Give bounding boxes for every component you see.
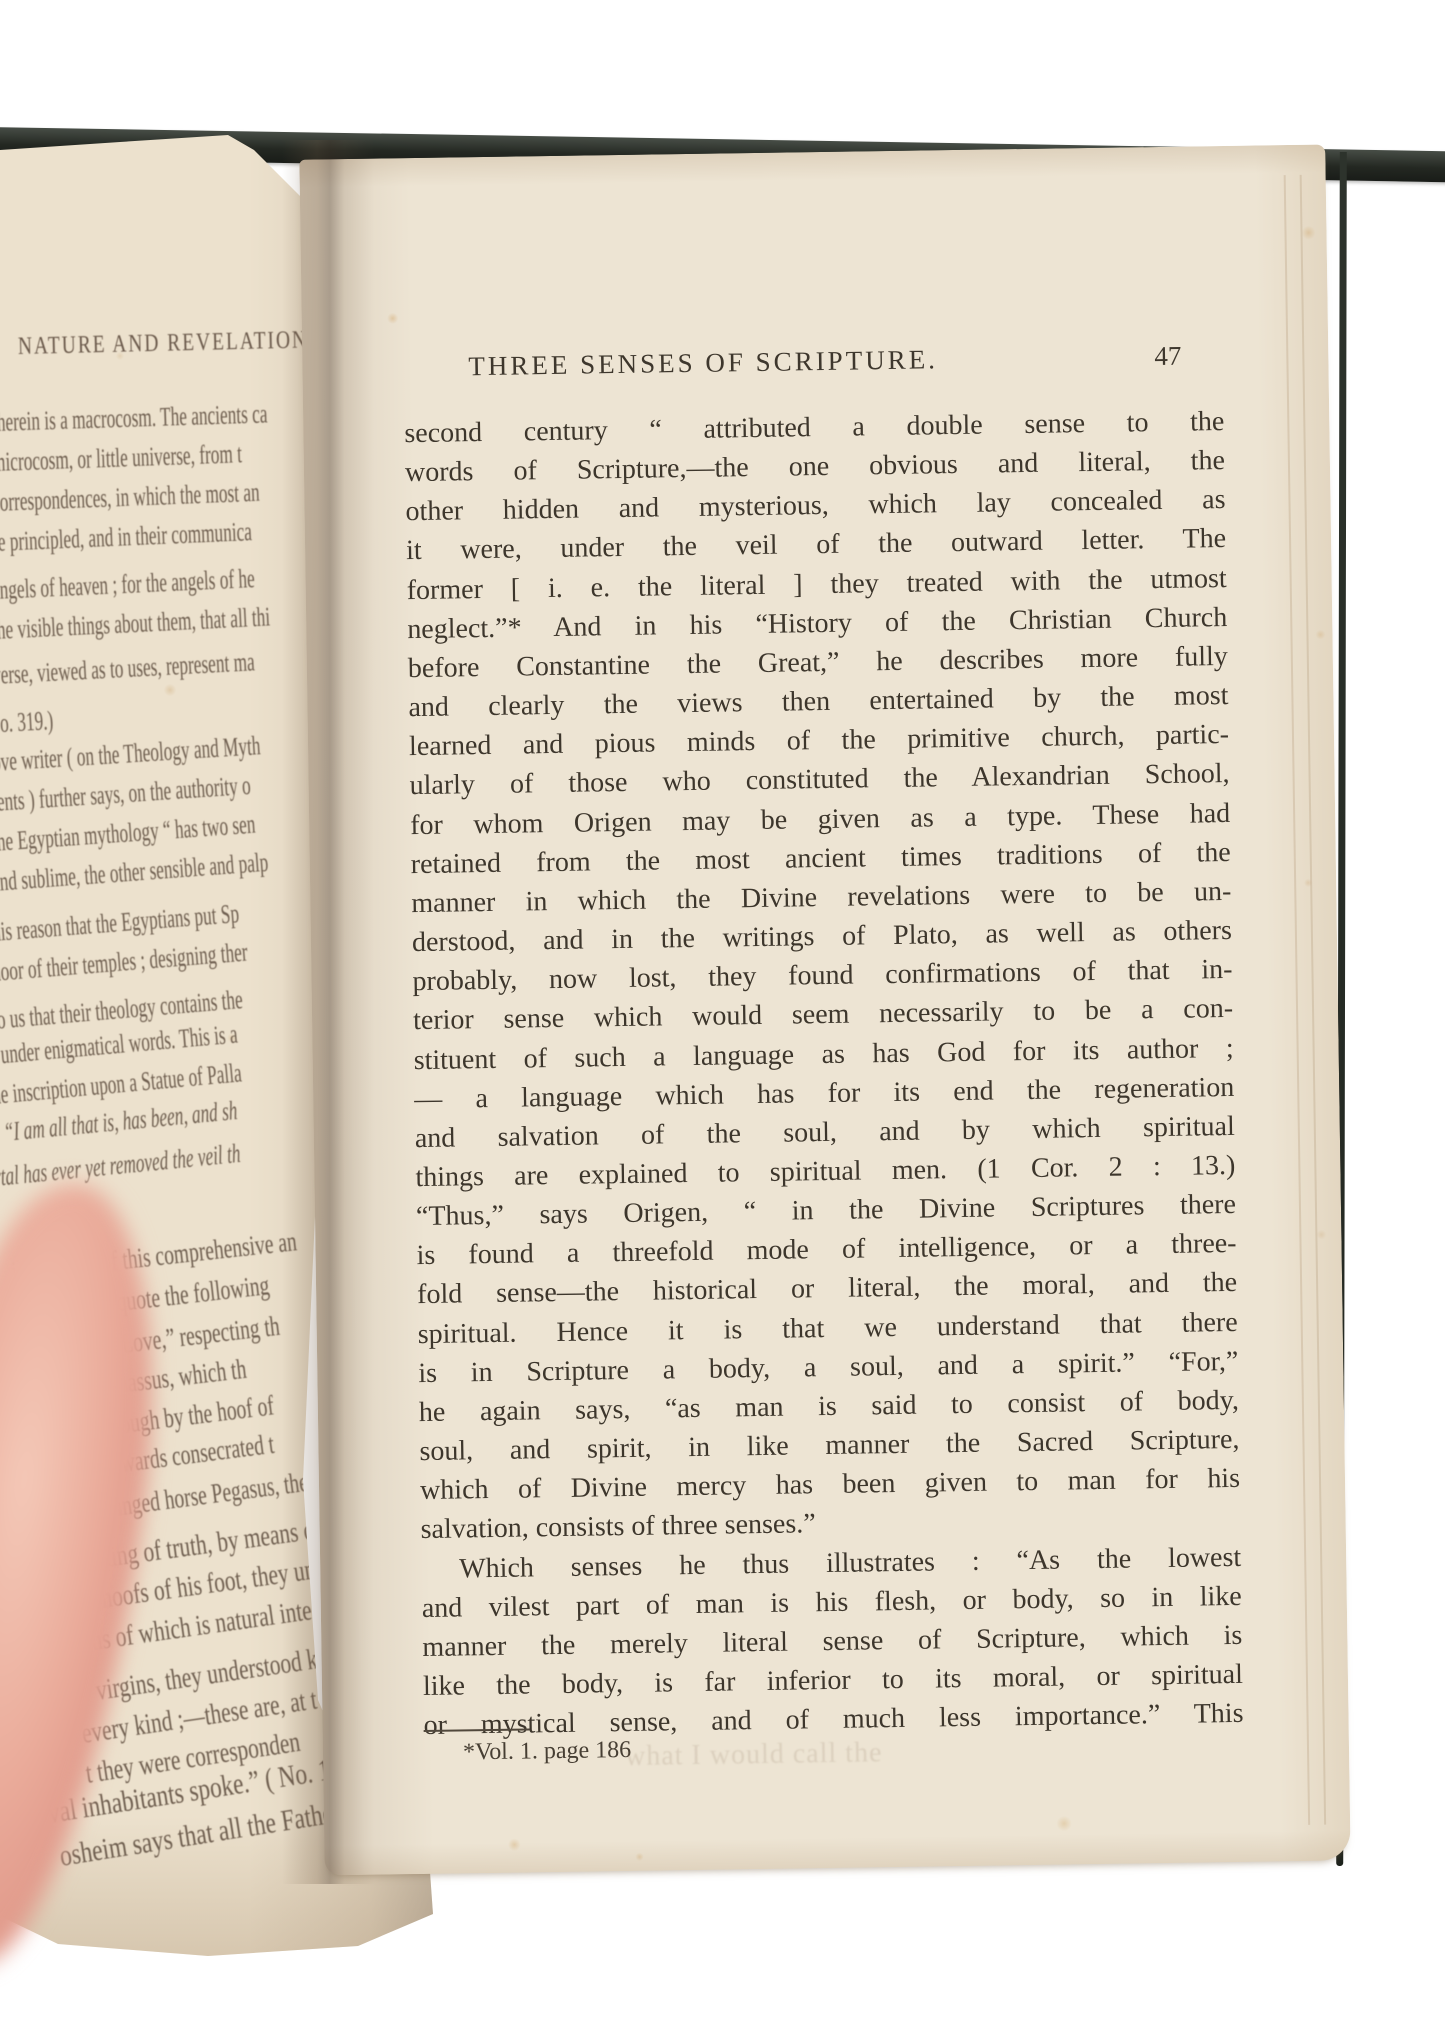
page-number: 47 (1154, 341, 1181, 372)
right-page: THREE SENSES OF SCRIPTURE. 47 second cen… (299, 144, 1350, 1875)
book-photo: NATURE AND REVELATION. therein is a macr… (0, 0, 1445, 2023)
left-page-text-line: o. 319.) (0, 705, 54, 739)
left-page-text-line: verse, viewed as to uses, represent ma (0, 646, 255, 691)
left-page-text-line: rtal has ever yet removed the veil th (0, 1138, 242, 1193)
left-page-text-line: correspondences, in which the most an (0, 477, 260, 518)
showthrough-text: what I would call the (625, 1737, 883, 1773)
left-page-text-line: re principled, and in their communica (0, 516, 252, 558)
right-page-header: THREE SENSES OF SCRIPTURE. (468, 344, 938, 382)
left-page-header: NATURE AND REVELATION. (18, 326, 315, 361)
left-page-text-line: microcosm, or little universe, from t (0, 438, 242, 478)
page-crease (1284, 175, 1310, 1825)
left-page-text-line: the visible things about them, that all … (0, 601, 271, 646)
left-page-text-line: therein is a macrocosm. The ancients ca (0, 398, 268, 438)
footnote: *Vol. 1. page 186 (463, 1737, 632, 1766)
body-text: second century “ attributed a double sen… (404, 402, 1244, 1745)
left-page-text-line: angels of heaven ; for the angels of he (0, 563, 255, 606)
